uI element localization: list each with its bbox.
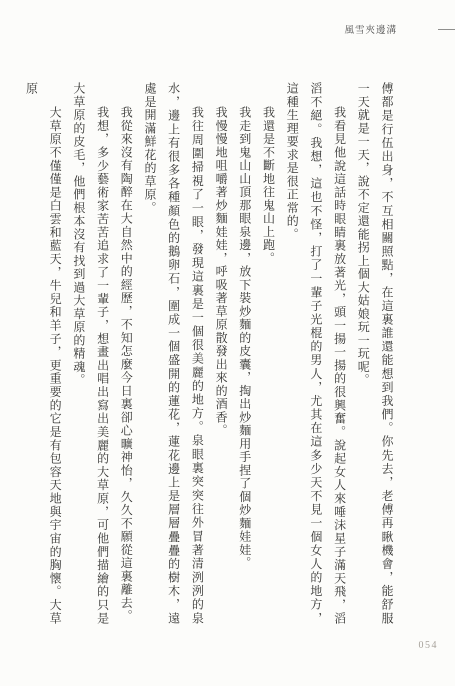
running-head-rule: [438, 29, 455, 30]
paragraph: 大草原不僅僅是白雲和藍天，牛兒和羊子，更重要的它是有包容天地與宇宙的胸懷。大草原: [19, 82, 66, 625]
paragraph: 我從來沒有陶醉在大自然中的經歷，不知怎麼今日裏卻心曠神怡，久久不願從這裏離去。: [114, 82, 138, 625]
paragraph: 我想，多少藝術家苦苦追求了一輩子，想畫出唱出寫出美麗的大草原，可他們描繪的只是大…: [66, 82, 113, 625]
body-text: 傅都是行伍出身，不互相關照點，在這裏誰還能想到我們。你先去，老傅再瞅機會，能舒服…: [19, 82, 398, 625]
running-head-title: 風雪夾邊溝: [344, 22, 397, 36]
page-number: 054: [419, 640, 439, 651]
book-page: 風雪夾邊溝 傅都是行伍出身，不互相關照點，在這裏誰還能想到我們。你先去，老傅再瞅…: [0, 0, 455, 686]
paragraph: 我走到鬼山山頂那眼泉邊，放下裝炒麵的皮囊，掏出炒麵用手捏了個炒麵娃娃。: [232, 82, 256, 625]
paragraph: 我往周圍掃視了一眼，發現這裏是一個很美麗的地方。泉眼裏突突往外冒著清洌洌的泉水，…: [137, 82, 208, 625]
paragraph: 我慢慢地咀嚼著炒麵娃娃，呼吸著草原散發出來的酒香。: [208, 82, 232, 625]
paragraph: 傅都是行伍出身，不互相關照點，在這裏誰還能想到我們。你先去，老傅再瞅機會，能舒服…: [351, 82, 398, 625]
paragraph: 我看見他說這話時眼睛裏放著光，頭一揚一揚的很興奮。說起女人來唾沫星子滿天飛，滔滔…: [279, 82, 350, 625]
paragraph: 我還是不斷地往鬼山上跑。: [256, 82, 280, 625]
